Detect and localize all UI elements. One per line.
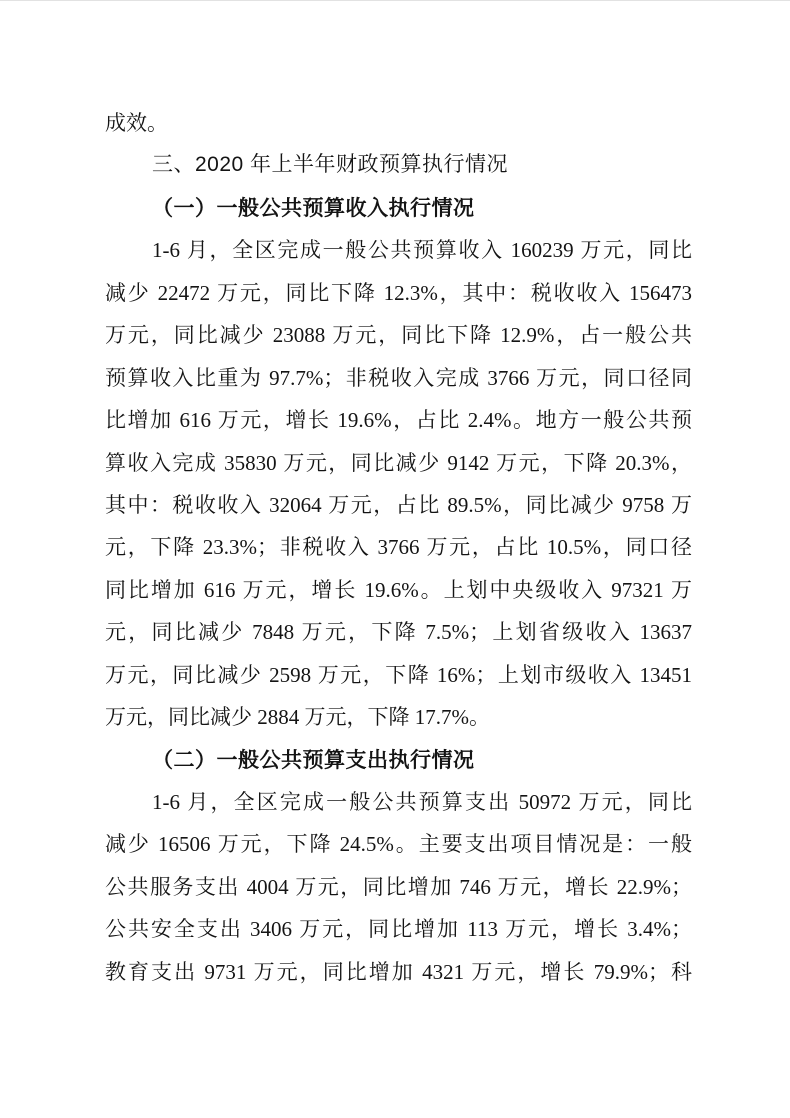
text-line: 万元，同比减少 2598 万元，下降 16%；上划市级收入 13451 xyxy=(105,654,692,696)
text-line: 1-6 月，全区完成一般公共预算收入 160239 万元，同比 xyxy=(105,229,692,271)
text-line: 1-6 月，全区完成一般公共预算支出 50972 万元，同比 xyxy=(105,781,692,823)
subsection-heading: （一）一般公共预算收入执行情况 xyxy=(105,187,692,229)
text-line: 公共服务支出 4004 万元，同比增加 746 万元，增长 22.9%； xyxy=(105,866,692,908)
text-line: 万元，同比减少 23088 万元，同比下降 12.9%，占一般公共 xyxy=(105,314,692,356)
text-line: 成效。 xyxy=(105,102,692,144)
text-line: 减少 22472 万元，同比下降 12.3%，其中：税收收入 156473 xyxy=(105,272,692,314)
text-line: 预算收入比重为 97.7%；非税收入完成 3766 万元，同口径同 xyxy=(105,357,692,399)
section-heading: 三、2020 年上半年财政预算执行情况 xyxy=(105,144,692,186)
text-line: 元，下降 23.3%；非税收入 3766 万元，占比 10.5%，同口径 xyxy=(105,526,692,568)
subsection-heading: （二）一般公共预算支出执行情况 xyxy=(105,739,692,781)
text-line: 算收入完成 35830 万元，同比减少 9142 万元，下降 20.3%， xyxy=(105,442,692,484)
document-page: 成效。三、2020 年上半年财政预算执行情况（一）一般公共预算收入执行情况1-6… xyxy=(0,0,790,1118)
document-content: 成效。三、2020 年上半年财政预算执行情况（一）一般公共预算收入执行情况1-6… xyxy=(105,102,692,993)
text-line: 减少 16506 万元，下降 24.5%。主要支出项目情况是：一般 xyxy=(105,823,692,865)
text-line: 其中：税收收入 32064 万元，占比 89.5%，同比减少 9758 万 xyxy=(105,484,692,526)
text-line: 教育支出 9731 万元，同比增加 4321 万元，增长 79.9%；科 xyxy=(105,951,692,993)
text-line: 比增加 616 万元，增长 19.6%，占比 2.4%。地方一般公共预 xyxy=(105,399,692,441)
text-line: 万元，同比减少 2884 万元，下降 17.7%。 xyxy=(105,696,692,738)
text-line: 公共安全支出 3406 万元，同比增加 113 万元，增长 3.4%； xyxy=(105,908,692,950)
text-line: 元，同比减少 7848 万元，下降 7.5%；上划省级收入 13637 xyxy=(105,611,692,653)
page-top-edge xyxy=(0,0,790,1)
text-line: 同比增加 616 万元，增长 19.6%。上划中央级收入 97321 万 xyxy=(105,569,692,611)
